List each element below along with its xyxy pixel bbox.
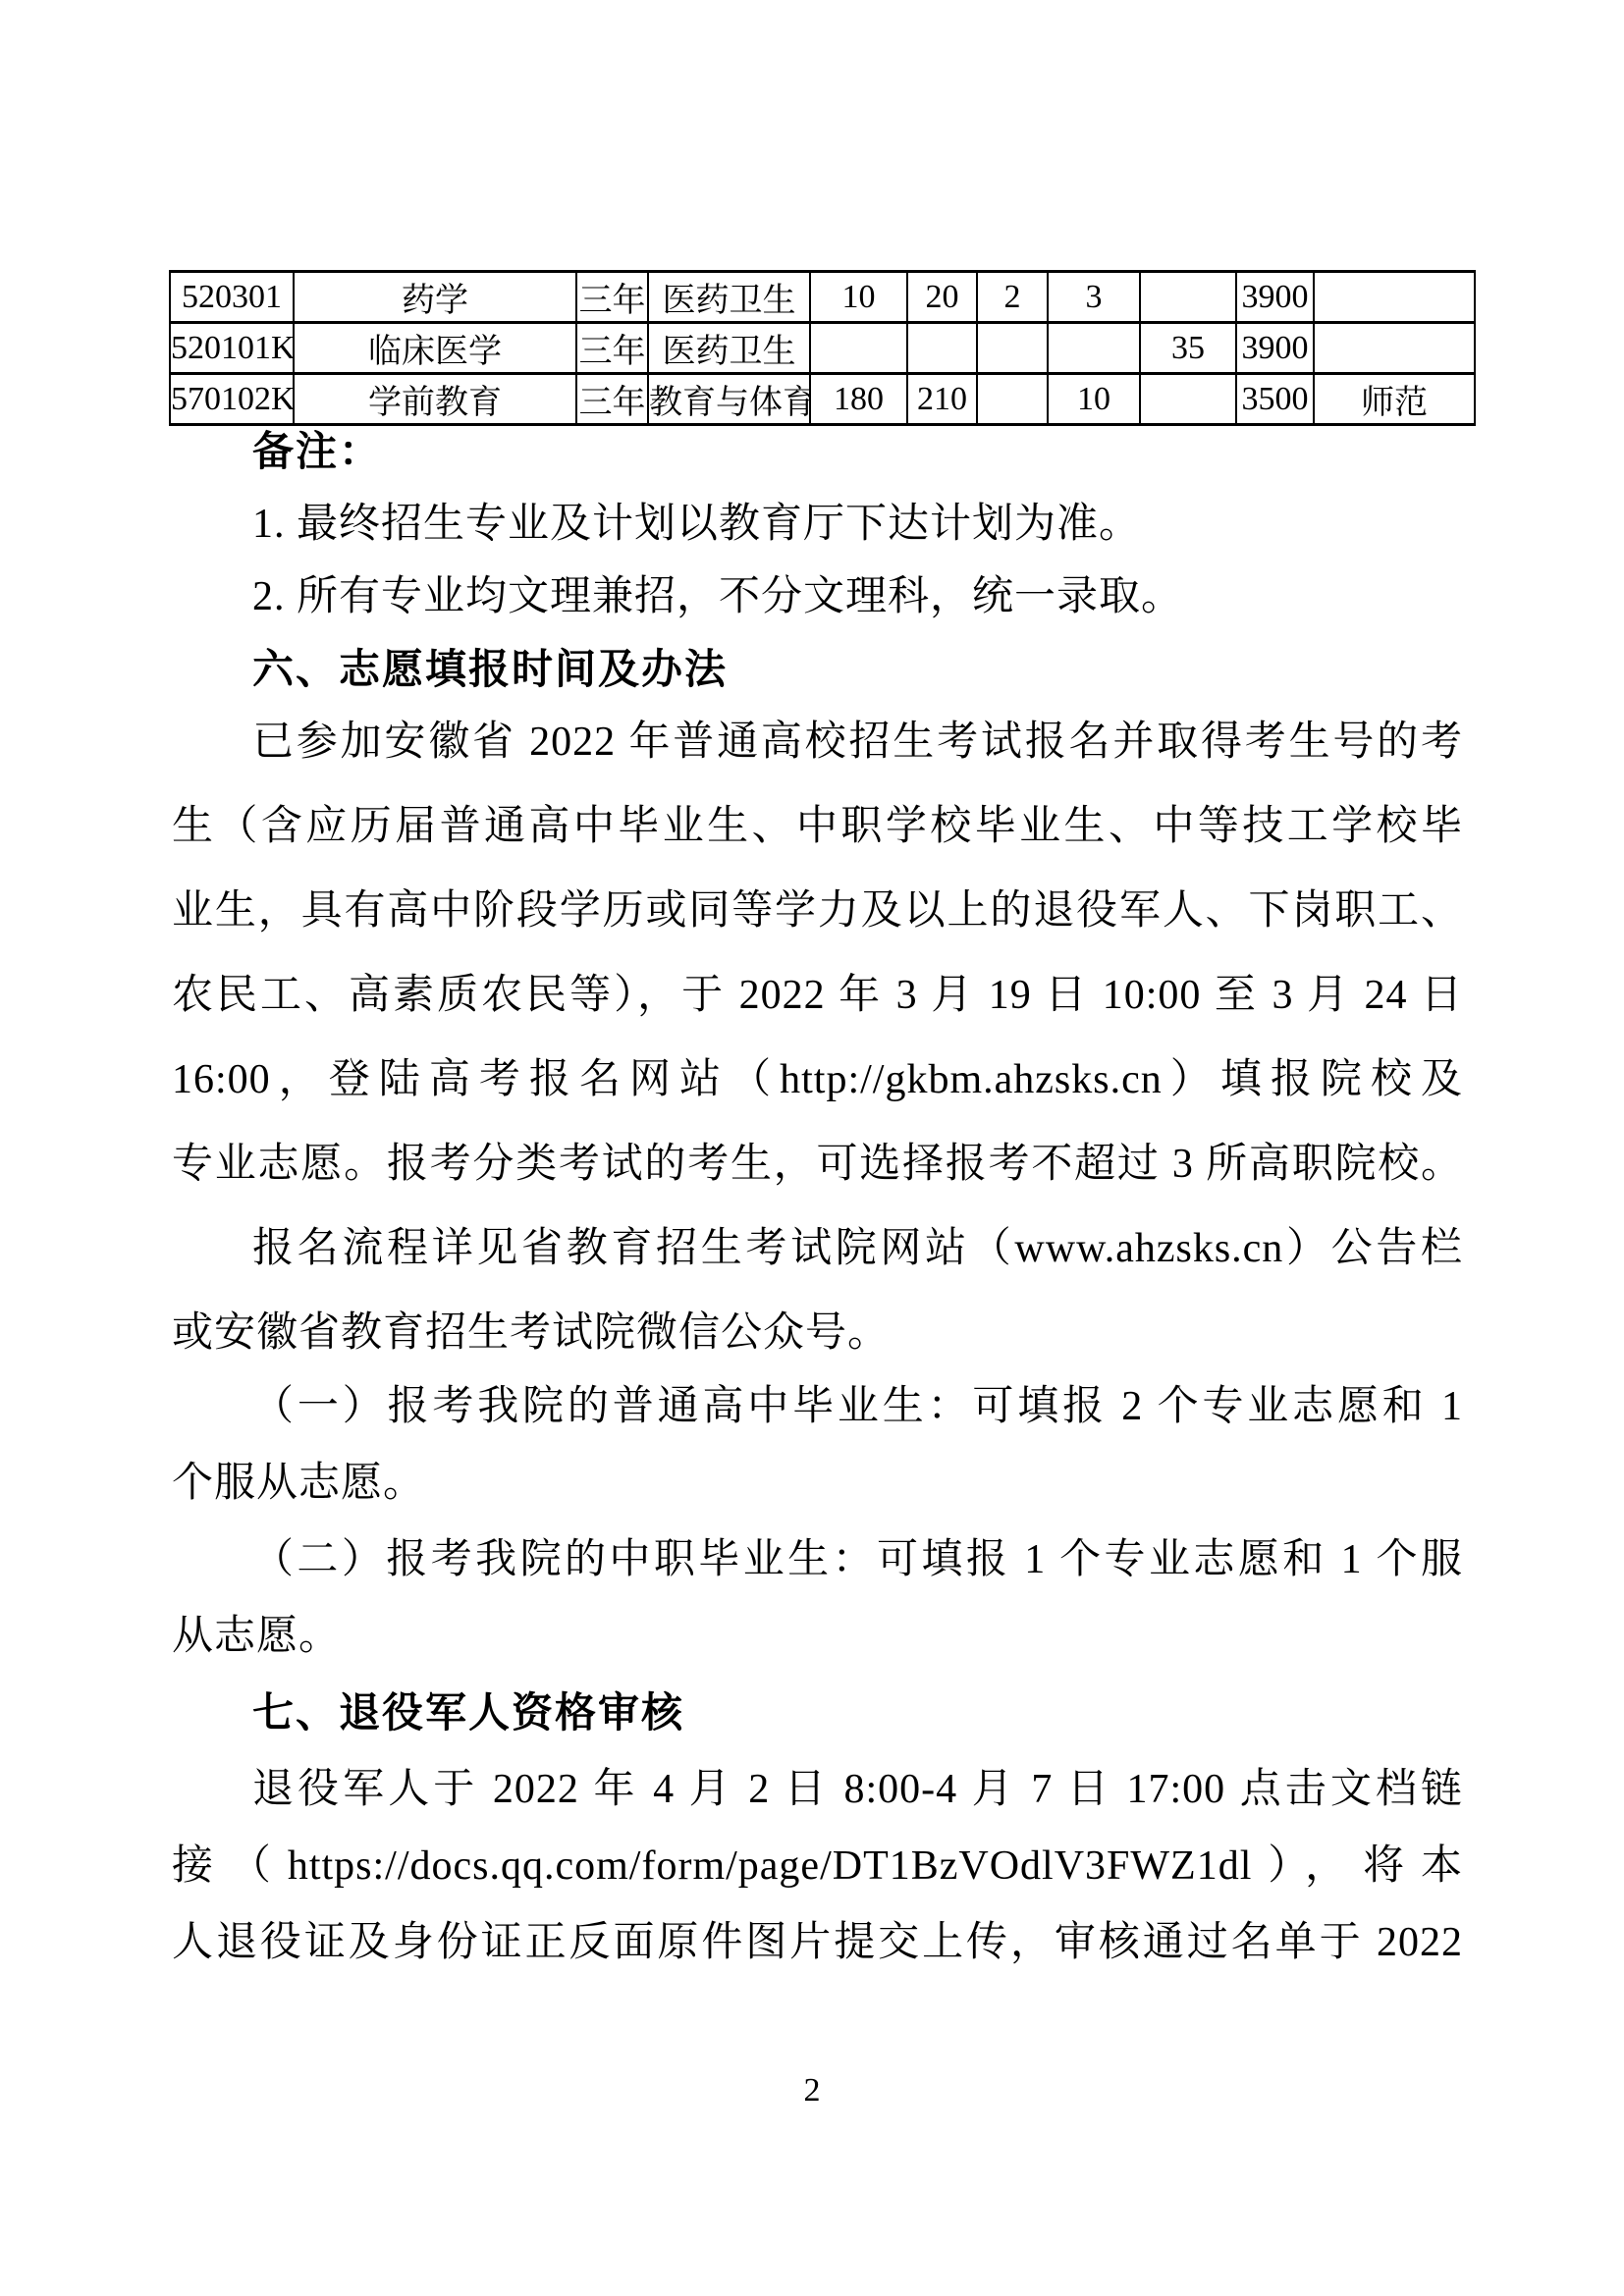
table-cell-tuition: 3900 [1236,323,1314,374]
table-row: 520101K 临床医学 三年 医药卫生 35 3900 [170,323,1475,374]
note-item-1: 1. 最终招生专业及计划以教育厅下达计划为准。 [172,488,1463,561]
table-cell-category: 医药卫生 [648,323,810,374]
table-cell-tuition: 3900 [1236,272,1314,323]
table-cell-plan: 20 [907,272,977,323]
paragraph-line-form-url: 接（https://docs.qq.com/form/page/DT1BzVOd… [172,1828,1463,1904]
table-cell-plan: 2 [977,272,1048,323]
table-cell-major-name: 药学 [294,272,576,323]
table-cell-major-name: 临床医学 [294,323,576,374]
section-6-subsections-and-7: （一）报考我院的普通高中毕业生：可填报 2 个专业志愿和 1 个服从志愿。 （二… [172,1368,1463,1981]
table-row: 520301 药学 三年 医药卫生 10 20 2 3 3900 [170,272,1475,323]
table-cell-plan [907,323,977,374]
paragraph-line-registration-url: 16:00，登陆高考报名网站（http://gkbm.ahzsks.cn）填报院… [172,1038,1463,1122]
subsection-1-line: （一）报考我院的普通高中毕业生：可填报 2 个专业志愿和 1 [172,1368,1463,1445]
page-number: 2 [0,2066,1624,2115]
section-6-body: 已参加安徽省 2022 年普通高校招生考试报名并取得考生号的考 生（含应历届普通… [172,700,1463,1375]
table-cell-plan [1048,323,1140,374]
paragraph-line: 人退役证及身份证正反面原件图片提交上传，审核通过名单于 2022 [172,1904,1463,1981]
table-cell-plan [977,323,1048,374]
subsection-1-line: 个服从志愿。 [172,1445,1463,1522]
notes-section: 备注： 1. 最终招生专业及计划以教育厅下达计划为准。 2. 所有专业均文理兼招… [172,415,1463,706]
paragraph-line: 或安徽省教育招生考试院微信公众号。 [172,1291,1463,1375]
subsection-2-line: （二）报考我院的中职毕业生：可填报 1 个专业志愿和 1 个服 [172,1522,1463,1598]
section-6-heading: 六、志愿填报时间及办法 [172,633,1463,706]
paragraph-line-website-url: 报名流程详见省教育招生考试院网站（www.ahzsks.cn）公告栏 [172,1206,1463,1291]
document-page: 520301 药学 三年 医药卫生 10 20 2 3 3900 520101K… [0,0,1624,2296]
table-cell-note [1314,323,1475,374]
table-cell-duration: 三年 [576,272,648,323]
paragraph-line: 业生，具有高中阶段学历或同等学力及以上的退役军人、下岗职工、 [172,869,1463,953]
table-cell-plan: 10 [810,272,907,323]
table-cell-plan [1140,272,1236,323]
paragraph-line: 生（含应历届普通高中毕业生、中职学校毕业生、中等技工学校毕 [172,784,1463,869]
table-cell-major-code: 520301 [170,272,294,323]
table-cell-duration: 三年 [576,323,648,374]
table-cell-category: 医药卫生 [648,272,810,323]
section-7-heading: 七、退役军人资格审核 [172,1675,1463,1751]
table-cell-plan: 35 [1140,323,1236,374]
paragraph-line: 专业志愿。报考分类考试的考生，可选择报考不超过 3 所高职院校。 [172,1122,1463,1206]
table-cell-major-code: 520101K [170,323,294,374]
paragraph-line: 已参加安徽省 2022 年普通高校招生考试报名并取得考生号的考 [172,700,1463,784]
table-cell-note [1314,272,1475,323]
paragraph-line: 农民工、高素质农民等），于 2022 年 3 月 19 日 10:00 至 3 … [172,953,1463,1038]
note-item-2: 2. 所有专业均文理兼招，不分文理科，统一录取。 [172,561,1463,633]
admission-plan-table: 520301 药学 三年 医药卫生 10 20 2 3 3900 520101K… [169,270,1476,426]
table-cell-plan: 3 [1048,272,1140,323]
subsection-2-line: 从志愿。 [172,1598,1463,1675]
table-cell-plan [810,323,907,374]
paragraph-line: 退役军人于 2022 年 4 月 2 日 8:00-4 月 7 日 17:00 … [172,1751,1463,1828]
notes-heading: 备注： [172,415,1463,488]
